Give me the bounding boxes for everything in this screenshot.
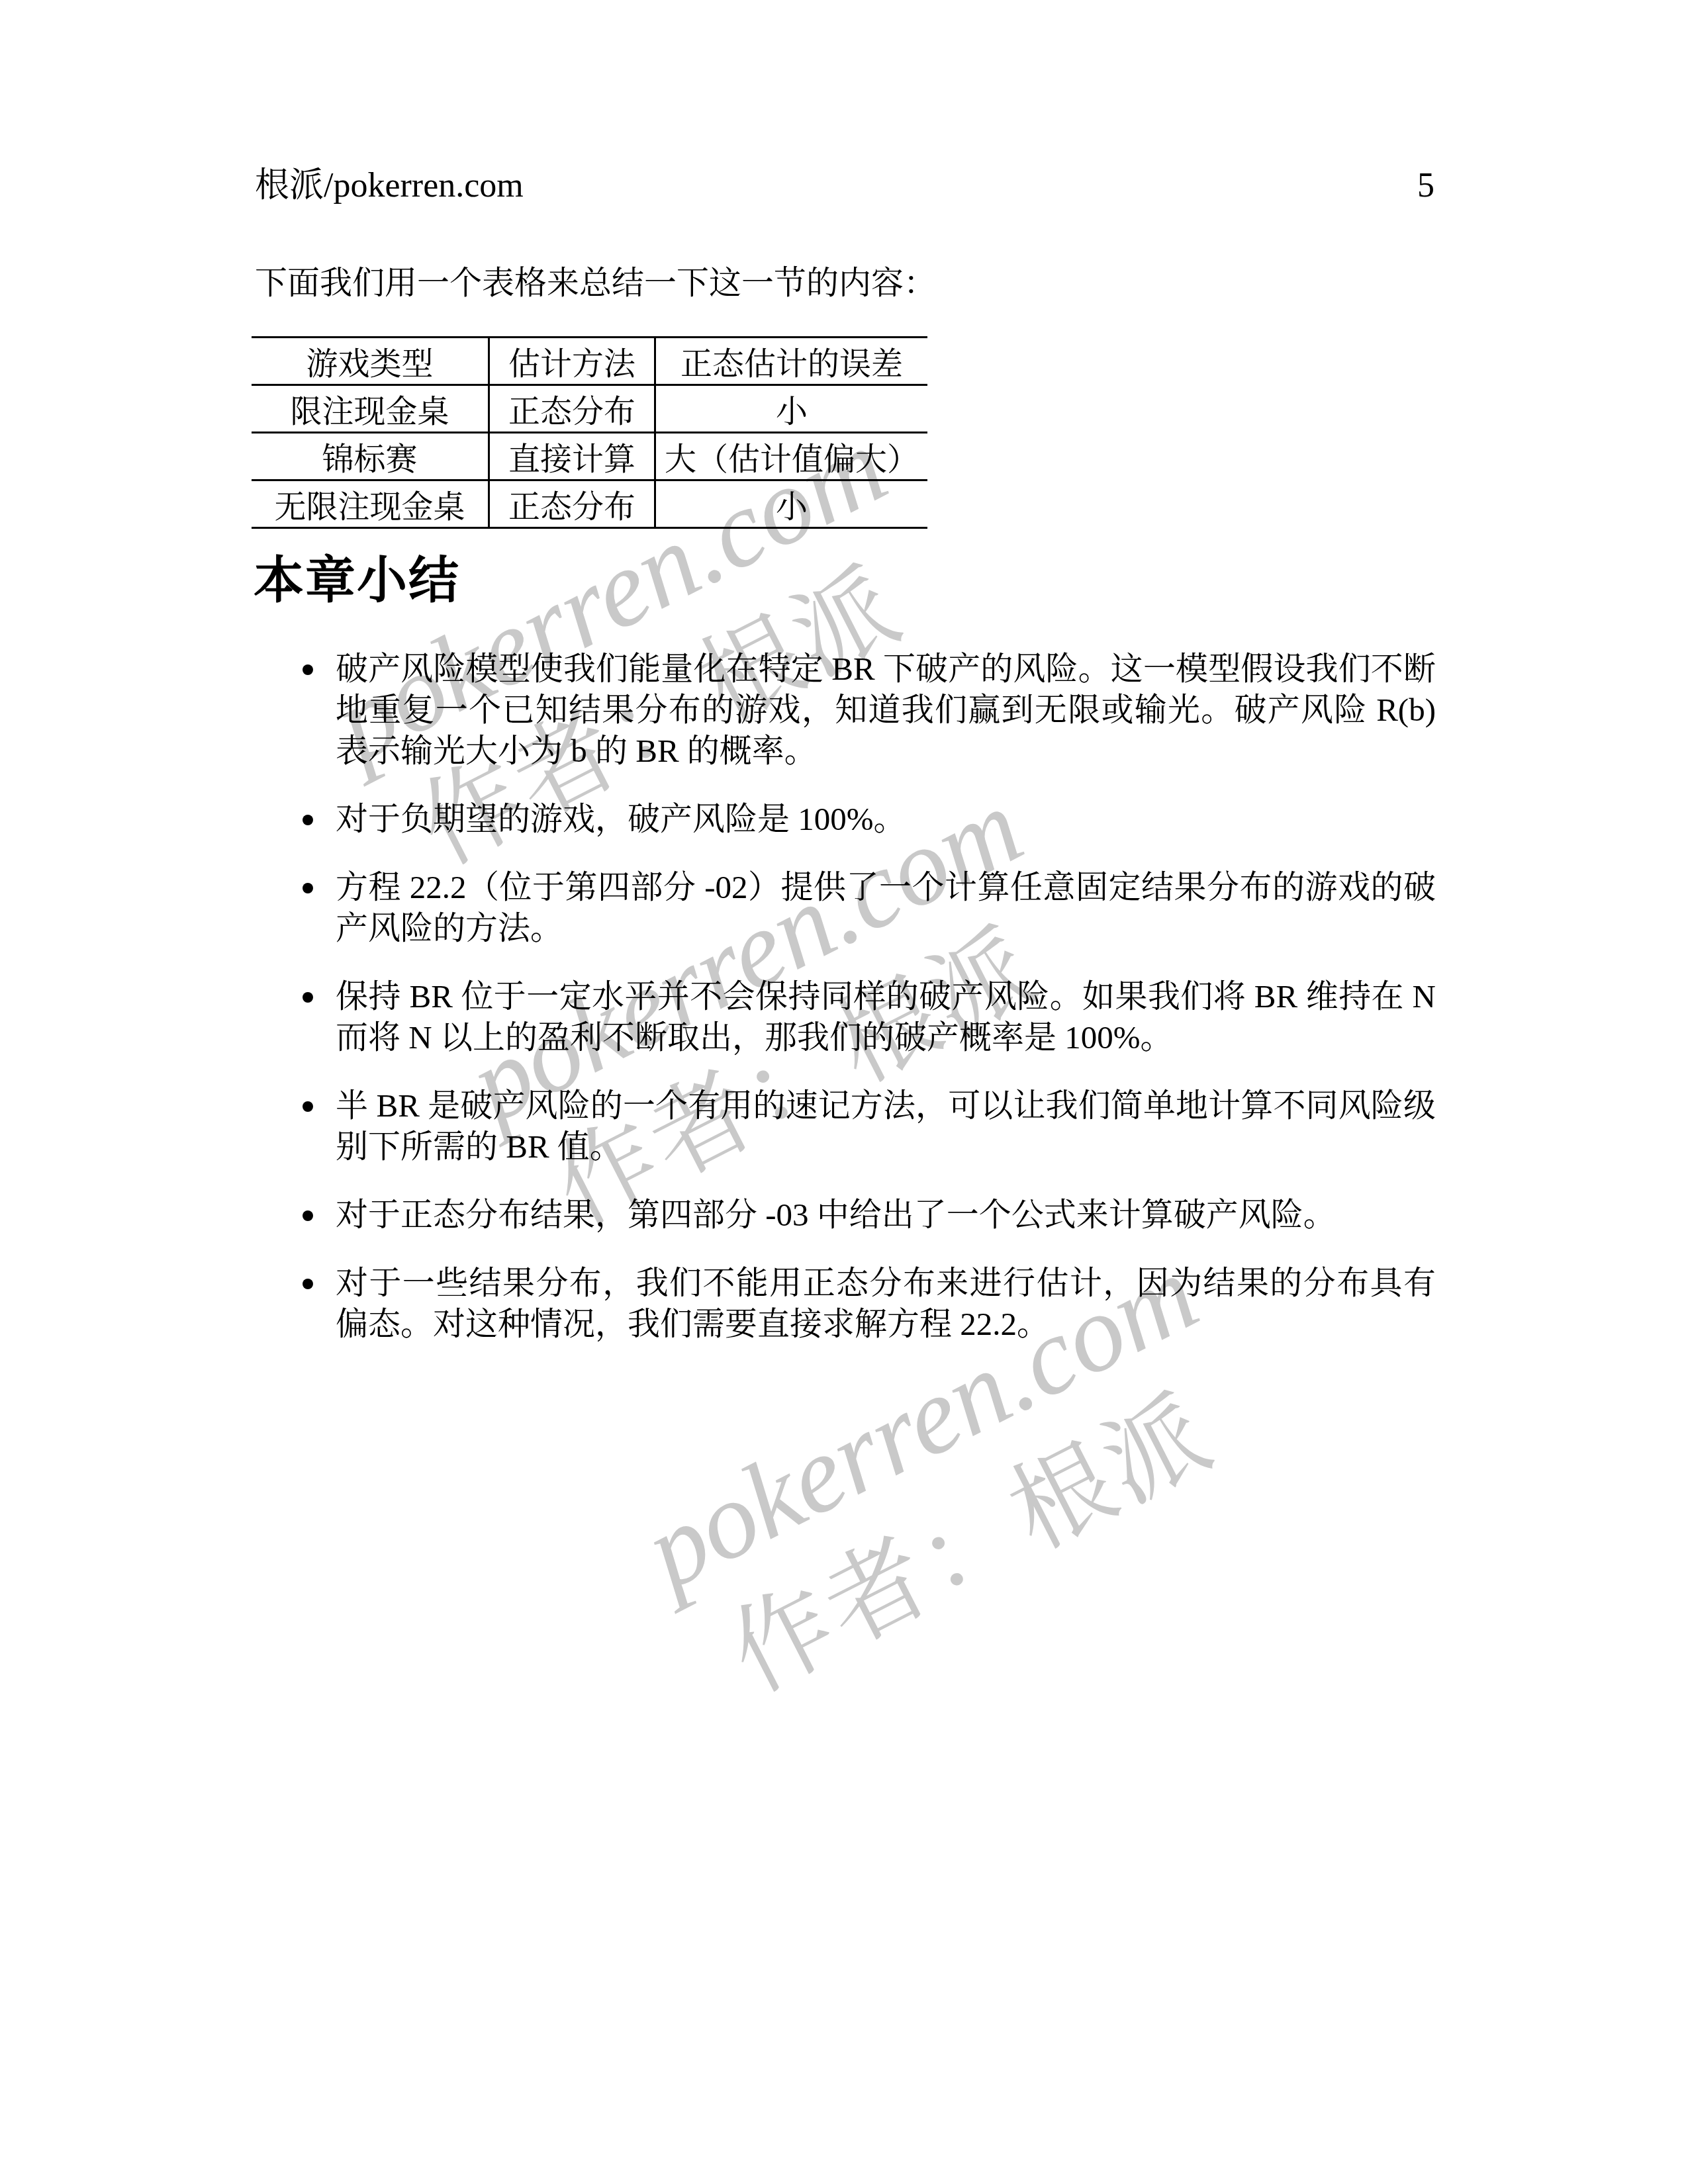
bullet-dot-icon — [303, 1101, 313, 1112]
table-cell: 小 — [655, 480, 928, 528]
section-title: 本章小结 — [254, 553, 460, 609]
bullet-text: 对于负期望的游戏，破产风险是 100%。 — [336, 801, 906, 837]
bullet-item: 对于正态分布结果，第四部分 -03 中给出了一个公式来计算破产风险。 — [255, 1195, 1436, 1236]
bullet-list: 破产风险模型使我们能量化在特定 BR 下破产的风险。这一模型假设我们不断地重复一… — [255, 649, 1436, 1372]
table-header-cell: 正态估计的误差 — [655, 338, 928, 385]
table-cell: 锦标赛 — [252, 433, 489, 480]
table-cell: 无限注现金桌 — [252, 480, 489, 528]
table-header-cell: 估计方法 — [489, 338, 655, 385]
bullet-dot-icon — [303, 815, 313, 825]
watermark-author-text: 作者：根派 — [716, 1359, 1271, 1708]
bullet-text: 对于一些结果分布，我们不能用正态分布来进行估计，因为结果的分布具有偏态。对这种情… — [336, 1265, 1436, 1342]
bullet-dot-icon — [303, 664, 313, 675]
bullet-item: 破产风险模型使我们能量化在特定 BR 下破产的风险。这一模型假设我们不断地重复一… — [255, 649, 1436, 772]
bullet-dot-icon — [303, 883, 313, 893]
table-header-row: 游戏类型 估计方法 正态估计的误差 — [252, 338, 927, 385]
table-cell: 正态分布 — [489, 480, 655, 528]
bullet-item: 对于一些结果分布，我们不能用正态分布来进行估计，因为结果的分布具有偏态。对这种情… — [255, 1263, 1436, 1345]
bullet-text: 破产风险模型使我们能量化在特定 BR 下破产的风险。这一模型假设我们不断地重复一… — [336, 651, 1436, 769]
bullet-item: 保持 BR 位于一定水平并不会保持同样的破产风险。如果我们将 BR 维持在 N … — [255, 976, 1436, 1058]
table-row: 锦标赛 直接计算 大（估计值偏大） — [252, 433, 927, 480]
header-site-label: 根派/pokerren.com — [255, 167, 524, 205]
table-header-cell: 游戏类型 — [252, 338, 489, 385]
table-row: 限注现金桌 正态分布 小 — [252, 385, 927, 433]
table-cell: 正态分布 — [489, 385, 655, 433]
bullet-text: 半 BR 是破产风险的一个有用的速记方法，可以让我们简单地计算不同风险级别下所需… — [336, 1087, 1436, 1165]
table-cell: 限注现金桌 — [252, 385, 489, 433]
bullet-dot-icon — [303, 992, 313, 1003]
table-cell: 小 — [655, 385, 928, 433]
bullet-dot-icon — [303, 1279, 313, 1289]
bullet-text: 保持 BR 位于一定水平并不会保持同样的破产风险。如果我们将 BR 维持在 N … — [336, 978, 1436, 1056]
page-number: 5 — [1417, 167, 1434, 205]
table-cell: 直接计算 — [489, 433, 655, 480]
bullet-item: 半 BR 是破产风险的一个有用的速记方法，可以让我们简单地计算不同风险级别下所需… — [255, 1085, 1436, 1167]
bullet-dot-icon — [303, 1210, 313, 1221]
table-row: 无限注现金桌 正态分布 小 — [252, 480, 927, 528]
page-header: 根派/pokerren.com 5 — [255, 167, 1434, 205]
intro-text: 下面我们用一个表格来总结一下这一节的内容： — [255, 263, 1446, 303]
bullet-text: 对于正态分布结果，第四部分 -03 中给出了一个公式来计算破产风险。 — [336, 1197, 1336, 1233]
document-page: pokerren.com 作者：根派 pokerren.com 作者：根派 po… — [0, 0, 1688, 2184]
summary-table: 游戏类型 估计方法 正态估计的误差 限注现金桌 正态分布 小 锦标赛 直接计算 … — [252, 336, 927, 529]
table-cell: 大（估计值偏大） — [655, 433, 928, 480]
bullet-item: 对于负期望的游戏，破产风险是 100%。 — [255, 799, 1436, 840]
bullet-text: 方程 22.2（位于第四部分 -02）提供了一个计算任意固定结果分布的游戏的破产… — [336, 869, 1436, 946]
bullet-item: 方程 22.2（位于第四部分 -02）提供了一个计算任意固定结果分布的游戏的破产… — [255, 867, 1436, 949]
